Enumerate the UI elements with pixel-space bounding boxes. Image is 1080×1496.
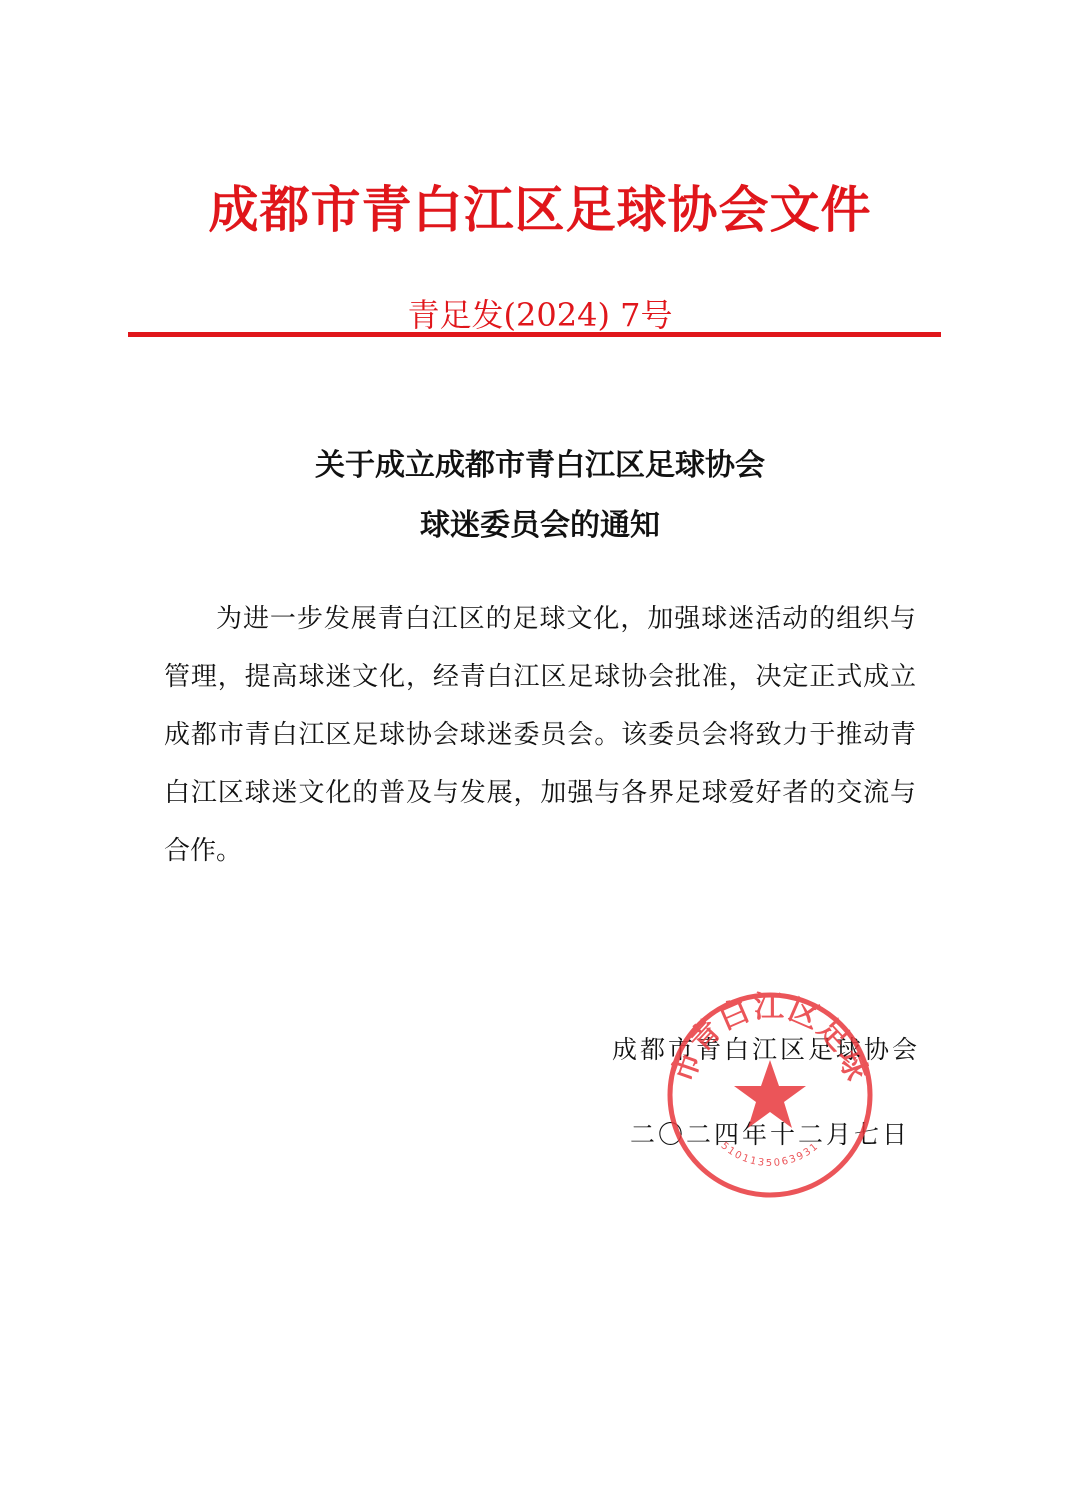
masthead-title: 成都市青白江区足球协会文件 [0,170,1080,242]
seal-serial-number: 5101135063931 [719,1140,822,1169]
notice-title-line-2: 球迷委员会的通知 [0,500,1080,544]
document-page: 成都市青白江区足球协会文件 青足发(2024) 7号 关于成立成都市青白江区足球… [0,0,1080,1496]
body-paragraph: 为进一步发展青白江区的足球文化，加强球迷活动的组织与管理，提高球迷文化，经青白江… [164,590,916,880]
star-icon [734,1060,806,1128]
notice-body: 为进一步发展青白江区的足球文化，加强球迷活动的组织与管理，提高球迷文化，经青白江… [164,590,916,880]
official-seal-icon: 成都市青白江区足球协会 5101135063931 [665,990,875,1200]
notice-title-line-1: 关于成立成都市青白江区足球协会 [0,440,1080,484]
red-divider-line [128,332,941,337]
document-number: 青足发(2024) 7号 [0,290,1080,336]
svg-text:5101135063931: 5101135063931 [719,1140,822,1169]
